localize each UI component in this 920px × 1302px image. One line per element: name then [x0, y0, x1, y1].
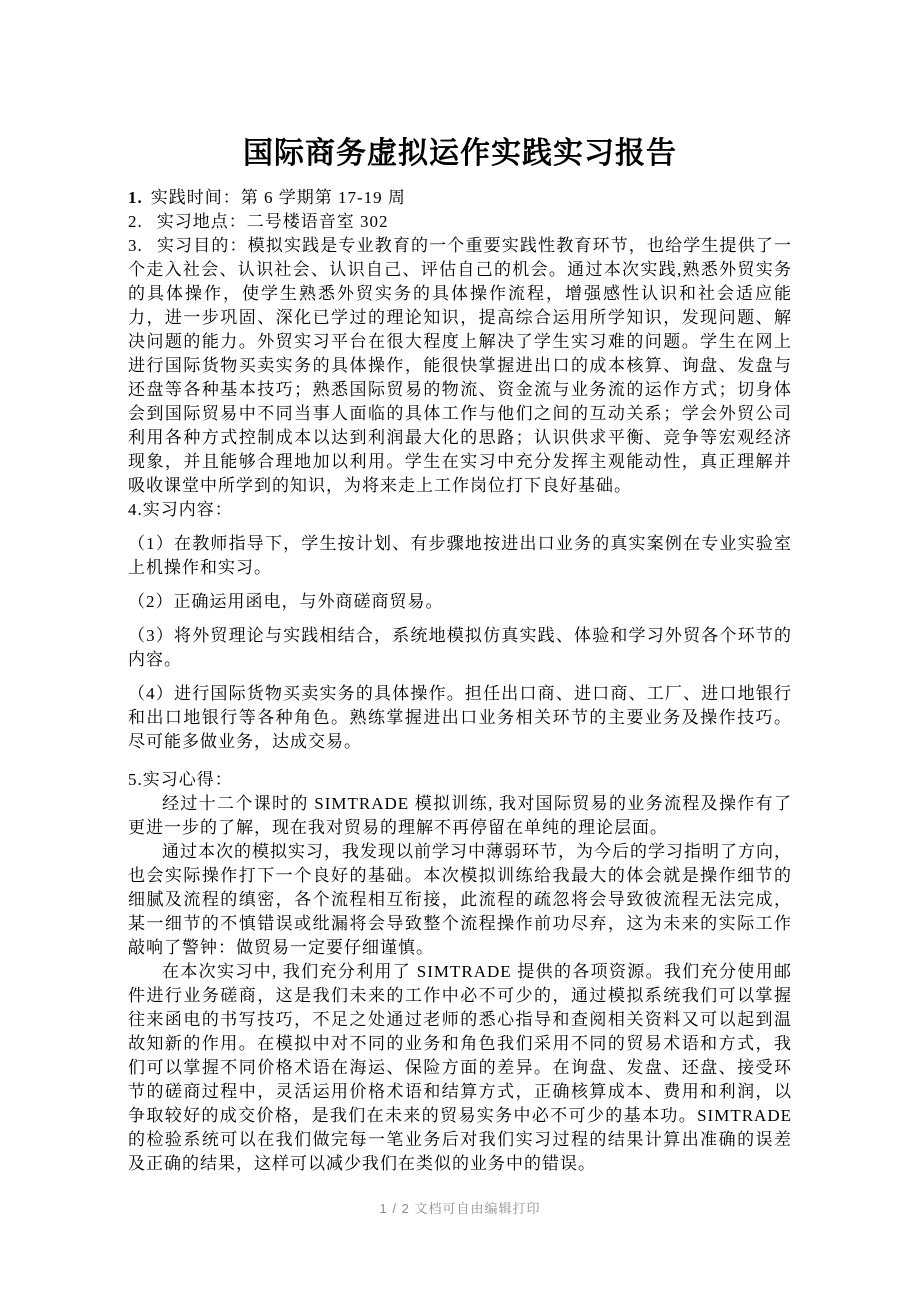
section5-paragraph-3: 在本次实习中, 我们充分利用了 SIMTRADE 提供的各项资源。我们充分使用邮…: [128, 960, 792, 1176]
section4-item-3: （3）将外贸理论与实践相结合，系统地模拟仿真实践、体验和学习外贸各个环节的内容。: [128, 624, 792, 672]
meta-item-number: 3.: [128, 236, 143, 255]
document-page: 国际商务虚拟运作实践实习报告 1.实践时间：第 6 学期第 17-19 周 2.…: [0, 0, 920, 1302]
meta-item-practice-time: 1.实践时间：第 6 学期第 17-19 周: [128, 186, 792, 210]
section5-paragraph-2: 通过本次的模拟实习，我发现以前学习中薄弱环节，为今后的学习指明了方向，也会实际操…: [128, 840, 792, 960]
section4-item-2: （2）正确运用函电，与外商磋商贸易。: [128, 590, 792, 614]
section5-paragraph-1: 经过十二个课时的 SIMTRADE 模拟训练, 我对国际贸易的业务流程及操作有了…: [128, 792, 792, 840]
page-number: 1 / 2: [380, 1201, 410, 1216]
meta-item-practice-location: 2.实习地点：二号楼语音室 302: [128, 210, 792, 234]
meta-item-practice-purpose: 3.实习目的：模拟实践是专业教育的一个重要实践性教育环节，也给学生提供了一个走入…: [128, 234, 792, 498]
page-footer: 1 / 2 文档可自由编辑打印: [0, 1200, 920, 1218]
section4-heading: 4.实习内容：: [128, 498, 792, 522]
meta-item-text: 实习地点：二号楼语音室 302: [157, 212, 389, 231]
section5-heading: 5.实习心得：: [128, 768, 792, 792]
meta-item-text: 实践时间：第 6 学期第 17-19 周: [151, 188, 406, 207]
section4-item-4: （4）进行国际货物买卖实务的具体操作。担任出口商、进口商、工厂、进口地银行和出口…: [128, 682, 792, 754]
meta-item-number: 2.: [128, 212, 143, 231]
footer-note: 文档可自由编辑打印: [414, 1201, 540, 1216]
section4-item-1: （1）在教师指导下，学生按计划、有步骤地按进出口业务的真实案例在专业实验室上机操…: [128, 532, 792, 580]
meta-item-text: 实习目的：模拟实践是专业教育的一个重要实践性教育环节，也给学生提供了一个走入社会…: [128, 236, 792, 495]
report-title: 国际商务虚拟运作实践实习报告: [128, 136, 792, 172]
document-content: 国际商务虚拟运作实践实习报告 1.实践时间：第 6 学期第 17-19 周 2.…: [128, 136, 792, 1176]
meta-item-number: 1.: [128, 188, 143, 207]
